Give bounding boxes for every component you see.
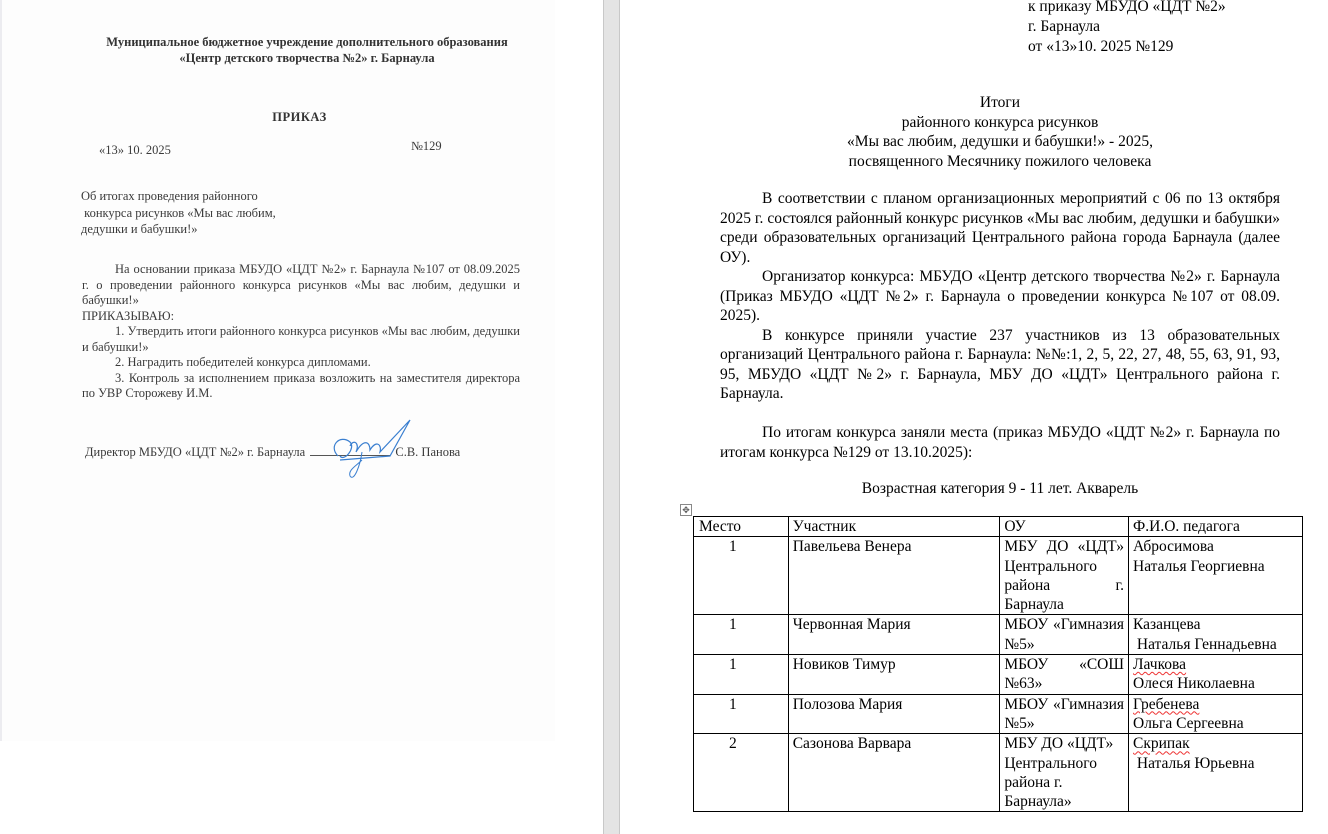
table-row: 2 Сазонова Варвара МБУ ДО «ЦДТ» Централь… — [694, 734, 1303, 812]
order-item: 2. Наградить победителей конкурса диплом… — [82, 355, 520, 371]
org-header-line: Муниципальное бюджетное учреждение допол… — [62, 34, 552, 50]
title-line: посвященного Месячнику пожилого человека — [720, 152, 1280, 172]
appendix-line: г. Барнаула — [1028, 17, 1226, 37]
teacher-name: Наталья Георгиевна — [1133, 557, 1298, 576]
page-separator — [603, 0, 620, 834]
header-school: ОУ — [1000, 517, 1129, 537]
order-subject: Об итогах проведения районного конкурса … — [81, 188, 301, 238]
table-row: 1 Червонная Мария МБОУ «Гимназия №5» Каз… — [694, 615, 1303, 655]
table-row: 1 Полозова Мария МБОУ «Гимназия №5» Греб… — [694, 694, 1303, 734]
header-participant: Участник — [788, 517, 1000, 537]
table-row: 1 Новиков Тимур МБОУ «СОШ №63» Лачкова О… — [694, 655, 1303, 695]
scanned-order-image: Муниципальное бюджетное учреждение допол… — [0, 0, 555, 741]
teacher-name: Олеся Николаевна — [1133, 674, 1298, 693]
teacher-surname-spellcheck[interactable]: Лачкова — [1133, 656, 1186, 673]
cell-place: 1 — [694, 537, 789, 615]
table-row: 1 Павельева Венера МБУ ДО «ЦДТ» Централь… — [694, 537, 1303, 615]
cell-teacher: Абросимова Наталья Георгиевна — [1129, 537, 1303, 615]
left-page: Муниципальное бюджетное учреждение допол… — [0, 0, 604, 834]
cell-school: МБОУ «СОШ №63» — [1000, 655, 1129, 695]
subject-line: Об итогах проведения районного — [81, 188, 301, 205]
handwritten-signature-icon — [320, 416, 420, 486]
basis-paragraph: На основании приказа МБУДО «ЦДТ №2» г. Б… — [82, 262, 520, 309]
cell-participant: Червонная Мария — [788, 615, 1000, 655]
appendix-header: к приказу МБУДО «ЦДТ №2» г. Барнаула от … — [1028, 0, 1226, 57]
title-line: районного конкурса рисунков — [720, 113, 1280, 133]
order-item: 3. Контроль за исполнением приказа возло… — [82, 371, 520, 402]
cell-teacher: Лачкова Олеся Николаевна — [1129, 655, 1303, 695]
header-teacher: Ф.И.О. педагога — [1129, 517, 1303, 537]
cell-school: МБУ ДО «ЦДТ» Центрального района г. Барн… — [1000, 734, 1129, 812]
cell-school: МБОУ «Гимназия №5» — [1000, 615, 1129, 655]
org-header-line: «Центр детского творчества №2» г. Барнау… — [62, 50, 552, 66]
teacher-surname-spellcheck[interactable]: Скрипак — [1133, 735, 1190, 752]
blank-line — [720, 404, 1280, 424]
appendix-line: к приказу МБУДО «ЦДТ №2» — [1028, 0, 1226, 17]
order-date: «13» 10. 2025 — [99, 143, 171, 158]
cell-school: МБОУ «Гимназия №5» — [1000, 694, 1129, 734]
org-header: Муниципальное бюджетное учреждение допол… — [62, 34, 552, 66]
age-category-heading: Возрастная категория 9 - 11 лет. Акварел… — [720, 479, 1280, 499]
title-line: Итоги — [720, 93, 1280, 113]
cell-teacher: Гребенева Ольга Сергеевна — [1129, 694, 1303, 734]
results-table[interactable]: Место Участник ОУ Ф.И.О. педагога 1 Паве… — [693, 516, 1303, 812]
cell-place: 2 — [694, 734, 789, 812]
doc-title: ПРИКАЗ — [2, 110, 597, 125]
table-move-handle-icon[interactable]: ✥ — [680, 504, 692, 516]
cell-participant: Павельева Венера — [788, 537, 1000, 615]
signatory-position: Директор МБУДО «ЦДТ №2» г. Барнаула — [85, 445, 305, 459]
teacher-surname: Абросимова — [1133, 537, 1298, 556]
cell-participant: Новиков Тимур — [788, 655, 1000, 695]
cell-teacher: Казанцева Наталья Геннадьевна — [1129, 615, 1303, 655]
title-line: «Мы вас любим, дедушки и бабушки!» - 202… — [720, 132, 1280, 152]
appendix-line: от «13»10. 2025 №129 — [1028, 37, 1226, 57]
order-item: 1. Утвердить итоги районного конкурса ри… — [82, 324, 520, 355]
cell-place: 1 — [694, 615, 789, 655]
cell-participant: Полозова Мария — [788, 694, 1000, 734]
paragraph: В соответствии с планом организационных … — [720, 189, 1280, 267]
cell-place: 1 — [694, 655, 789, 695]
paragraph: Организатор конкурса: МБУДО «Центр детск… — [720, 267, 1280, 326]
cell-school: МБУ ДО «ЦДТ» Центрального района г. Барн… — [1000, 537, 1129, 615]
order-number: №129 — [411, 139, 442, 154]
subject-line: дедушки и бабушки!» — [81, 221, 301, 238]
teacher-name: Наталья Геннадьевна — [1133, 635, 1298, 654]
teacher-name: Наталья Юрьевна — [1133, 754, 1298, 773]
document-title: Итоги районного конкурса рисунков «Мы ва… — [720, 93, 1280, 171]
teacher-name: Ольга Сергеевна — [1133, 714, 1298, 733]
order-body: На основании приказа МБУДО «ЦДТ №2» г. Б… — [82, 262, 520, 402]
paragraph: По итогам конкурса заняли места (приказ … — [720, 423, 1280, 462]
subject-line: конкурса рисунков «Мы вас любим, — [81, 205, 301, 222]
order-word: ПРИКАЗЫВАЮ: — [82, 309, 520, 325]
paragraph: В конкурсе приняли участие 237 участнико… — [720, 326, 1280, 404]
table-header-row: Место Участник ОУ Ф.И.О. педагога — [694, 517, 1303, 537]
teacher-surname-spellcheck[interactable]: Гребенева — [1133, 696, 1199, 713]
header-place: Место — [694, 517, 789, 537]
cell-teacher: Скрипак Наталья Юрьевна — [1129, 734, 1303, 812]
cell-place: 1 — [694, 694, 789, 734]
cell-participant: Сазонова Варвара — [788, 734, 1000, 812]
body-text: В соответствии с планом организационных … — [720, 189, 1280, 462]
right-page[interactable]: к приказу МБУДО «ЦДТ №2» г. Барнаула от … — [620, 0, 1328, 834]
teacher-surname: Казанцева — [1133, 615, 1298, 634]
